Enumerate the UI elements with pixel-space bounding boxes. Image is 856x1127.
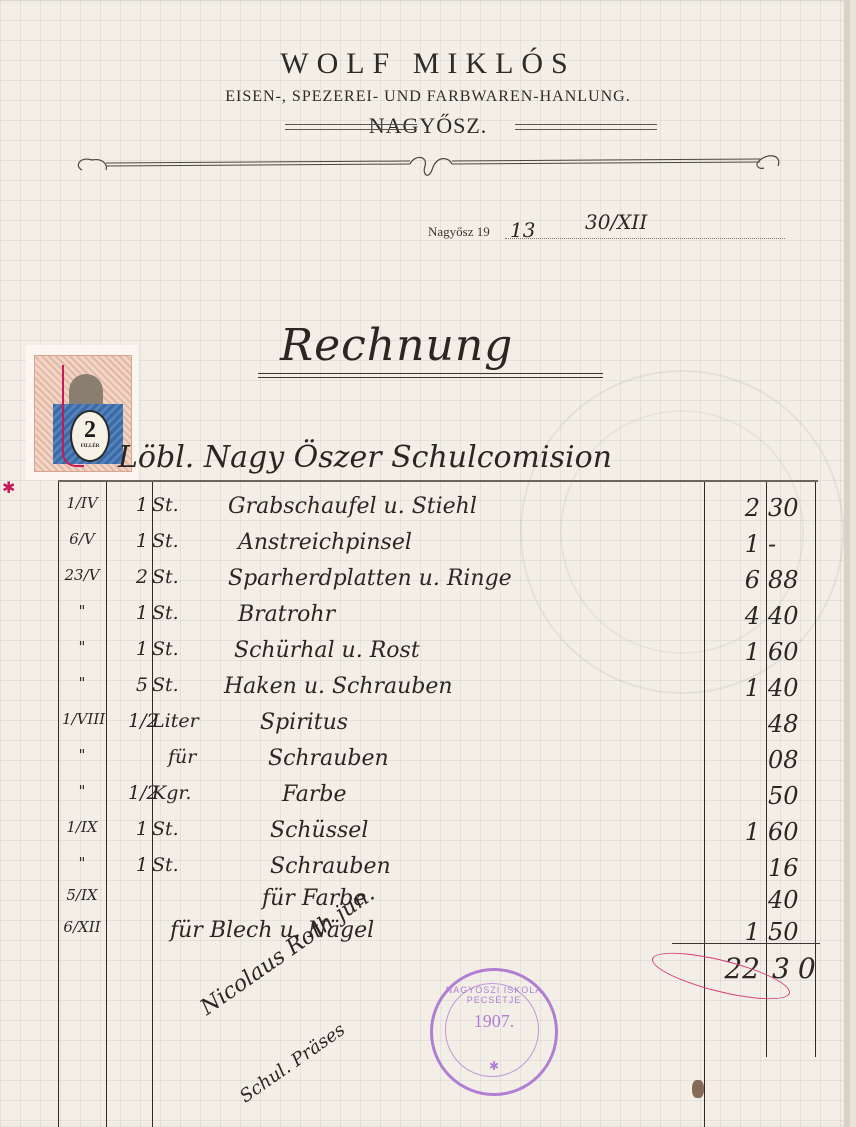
row-f: - — [768, 530, 816, 558]
row-date: " — [62, 638, 102, 656]
row-kr: 4 — [708, 602, 760, 630]
row-f: 50 — [768, 782, 816, 810]
table-row: 6/XII für Blech u. Nägel 1 50 — [0, 918, 856, 956]
row-qty: 1 — [128, 638, 148, 660]
row-kr: 1 — [708, 918, 760, 946]
table-row: 23/V 2 St. Sparherdplatten u. Ringe 6 88 — [0, 566, 856, 604]
row-desc: Anstreichpinsel — [238, 530, 412, 555]
row-date: 23/V — [62, 566, 102, 584]
table-row: 1/IX 1 St. Schüssel 1 60 — [0, 818, 856, 856]
row-f: 48 — [768, 710, 816, 738]
row-date: 6/V — [62, 530, 102, 548]
row-unit: für — [168, 746, 196, 768]
sum-rule — [672, 943, 820, 944]
seal-ring-text: NAGYŐSZI ISKOLA PECSÉTJE — [433, 985, 555, 1005]
star-icon: ✱ — [433, 1059, 555, 1074]
row-unit: St. — [152, 854, 179, 876]
town-rule-left — [285, 124, 417, 130]
table-row: " für Schrauben 08 — [0, 746, 856, 784]
row-f: 40 — [768, 674, 816, 702]
row-date: " — [62, 602, 102, 620]
row-unit: St. — [152, 638, 179, 660]
row-unit: St. — [152, 602, 179, 624]
date-printed: Nagyősz 19 — [428, 224, 490, 240]
table-row: " 1 St. Schürhal u. Rost 1 60 — [0, 638, 856, 676]
trade-line: EISEN-, SPEZEREI- UND FARBWAREN-HANLUNG. — [0, 86, 856, 108]
stamp-value: 2 — [84, 417, 96, 443]
row-qty: 1 — [128, 602, 148, 624]
letterhead: WOLF MIKLÓS EISEN-, SPEZEREI- UND FARBWA… — [0, 44, 856, 142]
table-row: " 1 St. Bratrohr 4 40 — [0, 602, 856, 640]
document-title: Rechnung — [280, 320, 513, 371]
row-unit: St. — [152, 674, 179, 696]
table-row: 1/VIII 1/2 Liter Spiritus 48 — [0, 710, 856, 748]
row-date: 1/VIII — [62, 710, 102, 728]
date-year: 13 — [510, 218, 535, 242]
row-unit: Kgr. — [152, 782, 191, 804]
row-f: 40 — [768, 602, 816, 630]
row-kr: 6 — [708, 566, 760, 594]
ink-blot — [692, 1080, 704, 1098]
signature-title: Schul. Präses — [236, 1019, 349, 1107]
row-date: " — [62, 854, 102, 872]
row-date: " — [62, 746, 102, 764]
row-desc: Sparherdplatten u. Ringe — [228, 566, 512, 591]
row-f: 60 — [768, 818, 816, 846]
row-desc: Schrauben — [270, 854, 391, 879]
table-row: " 5 St. Haken u. Schrauben 1 40 — [0, 674, 856, 712]
row-desc: Schrauben — [268, 746, 389, 771]
row-desc: Schüssel — [270, 818, 368, 843]
row-date: 6/XII — [62, 918, 102, 936]
row-f: 40 — [768, 886, 816, 914]
row-desc: Spiritus — [260, 710, 348, 735]
invoice-page: WOLF MIKLÓS EISEN-, SPEZEREI- UND FARBWA… — [0, 0, 850, 1127]
row-f: 16 — [768, 854, 816, 882]
row-unit: St. — [152, 818, 179, 840]
table-row: 1/IV 1 St. Grabschaufel u. Stiehl 2 30 — [0, 494, 856, 532]
row-date: " — [62, 674, 102, 692]
title-underline — [258, 373, 603, 378]
row-f: 50 — [768, 918, 816, 946]
row-qty: 2 — [128, 566, 148, 588]
row-unit: St. — [152, 566, 179, 588]
row-qty: 1 — [128, 494, 148, 516]
row-qty: 5 — [128, 674, 148, 696]
school-seal: NAGYŐSZI ISKOLA PECSÉTJE 1907. ✱ — [430, 968, 558, 1096]
row-kr: 1 — [708, 818, 760, 846]
date-dotted-line — [505, 238, 785, 239]
town-row: NAGYŐSZ. — [0, 110, 856, 142]
row-date: 1/IX — [62, 818, 102, 836]
total-filler: 30 — [772, 952, 824, 985]
date-day-month: 30/XII — [585, 210, 647, 234]
row-qty: 1 — [128, 854, 148, 876]
row-qty: 1 — [128, 530, 148, 552]
table-row: 6/V 1 St. Anstreichpinsel 1 - — [0, 530, 856, 568]
town-rule-right — [515, 124, 657, 130]
row-qty: 1/2 — [128, 710, 148, 732]
firm-name: WOLF MIKLÓS — [0, 44, 856, 84]
row-qty: 1 — [128, 818, 148, 840]
row-date: 5/IX — [62, 886, 102, 904]
row-f: 60 — [768, 638, 816, 666]
ornamental-divider — [70, 146, 785, 186]
row-desc: Schürhal u. Rost — [234, 638, 420, 663]
row-date: 1/IV — [62, 494, 102, 512]
row-kr: 1 — [708, 674, 760, 702]
row-kr: 2 — [708, 494, 760, 522]
table-row: " 1/2 Kgr. Farbe 50 — [0, 782, 856, 820]
row-qty: 1/2 — [128, 782, 148, 804]
stamp-cancel-mark — [62, 365, 84, 467]
row-desc: Bratrohr — [238, 602, 335, 627]
row-date: " — [62, 782, 102, 800]
row-unit: St. — [152, 494, 179, 516]
row-f: 30 — [768, 494, 816, 522]
row-kr: 1 — [708, 530, 760, 558]
seal-year: 1907. — [433, 1011, 555, 1032]
row-unit: Liter — [152, 710, 199, 732]
row-desc: Grabschaufel u. Stiehl — [228, 494, 477, 519]
row-kr: 1 — [708, 638, 760, 666]
row-desc: Haken u. Schrauben — [224, 674, 453, 699]
row-desc: Farbe — [282, 782, 347, 807]
row-f: 88 — [768, 566, 816, 594]
row-f: 08 — [768, 746, 816, 774]
row-unit: St. — [152, 530, 179, 552]
recipient: Löbl. Nagy Öszer Schulcomision — [118, 440, 612, 475]
